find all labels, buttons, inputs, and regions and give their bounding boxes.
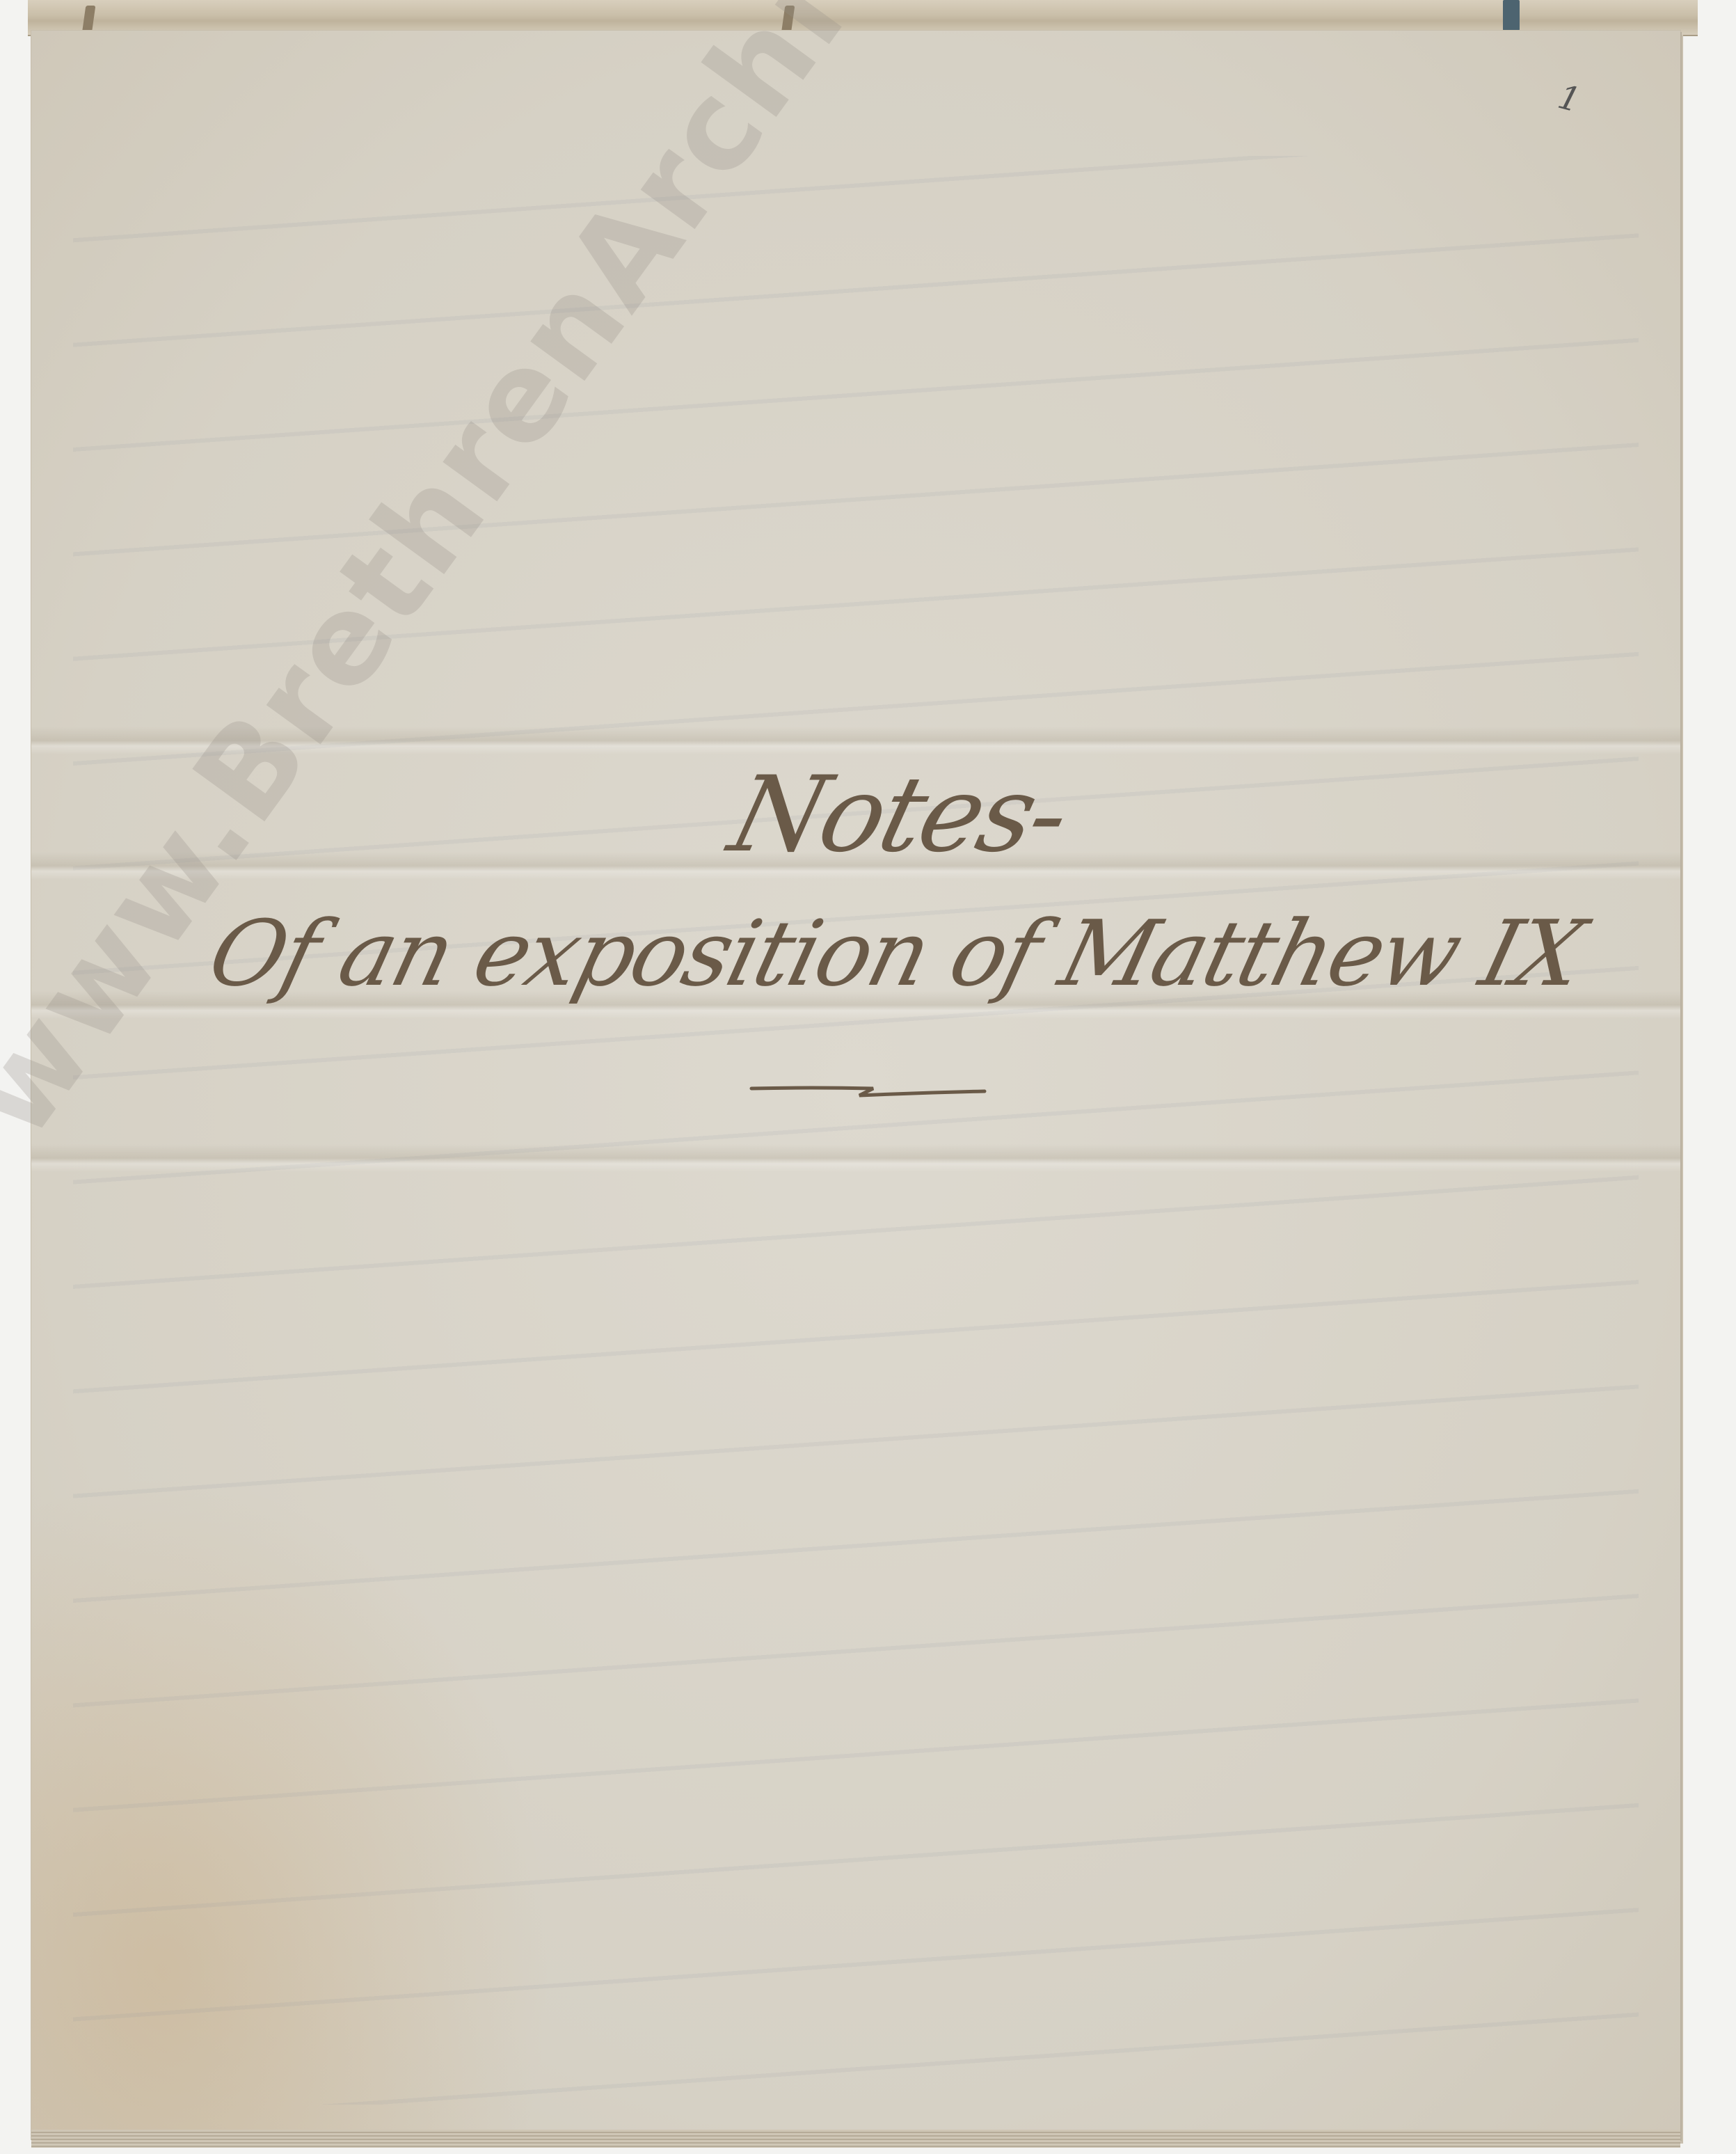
bookmark-ribbon — [1503, 0, 1520, 31]
manuscript-page: 1 Notes- Of an exposition of Matthew IX — [31, 31, 1680, 2139]
title-block: Notes- Of an exposition of Matthew IX — [31, 31, 1680, 2139]
title-notes: Notes- — [719, 754, 1079, 876]
flourish-divider-icon — [748, 1082, 998, 1102]
title-subtitle: Of an exposition of Matthew IX — [199, 901, 1593, 1006]
page-stack-edge — [31, 2130, 1680, 2148]
